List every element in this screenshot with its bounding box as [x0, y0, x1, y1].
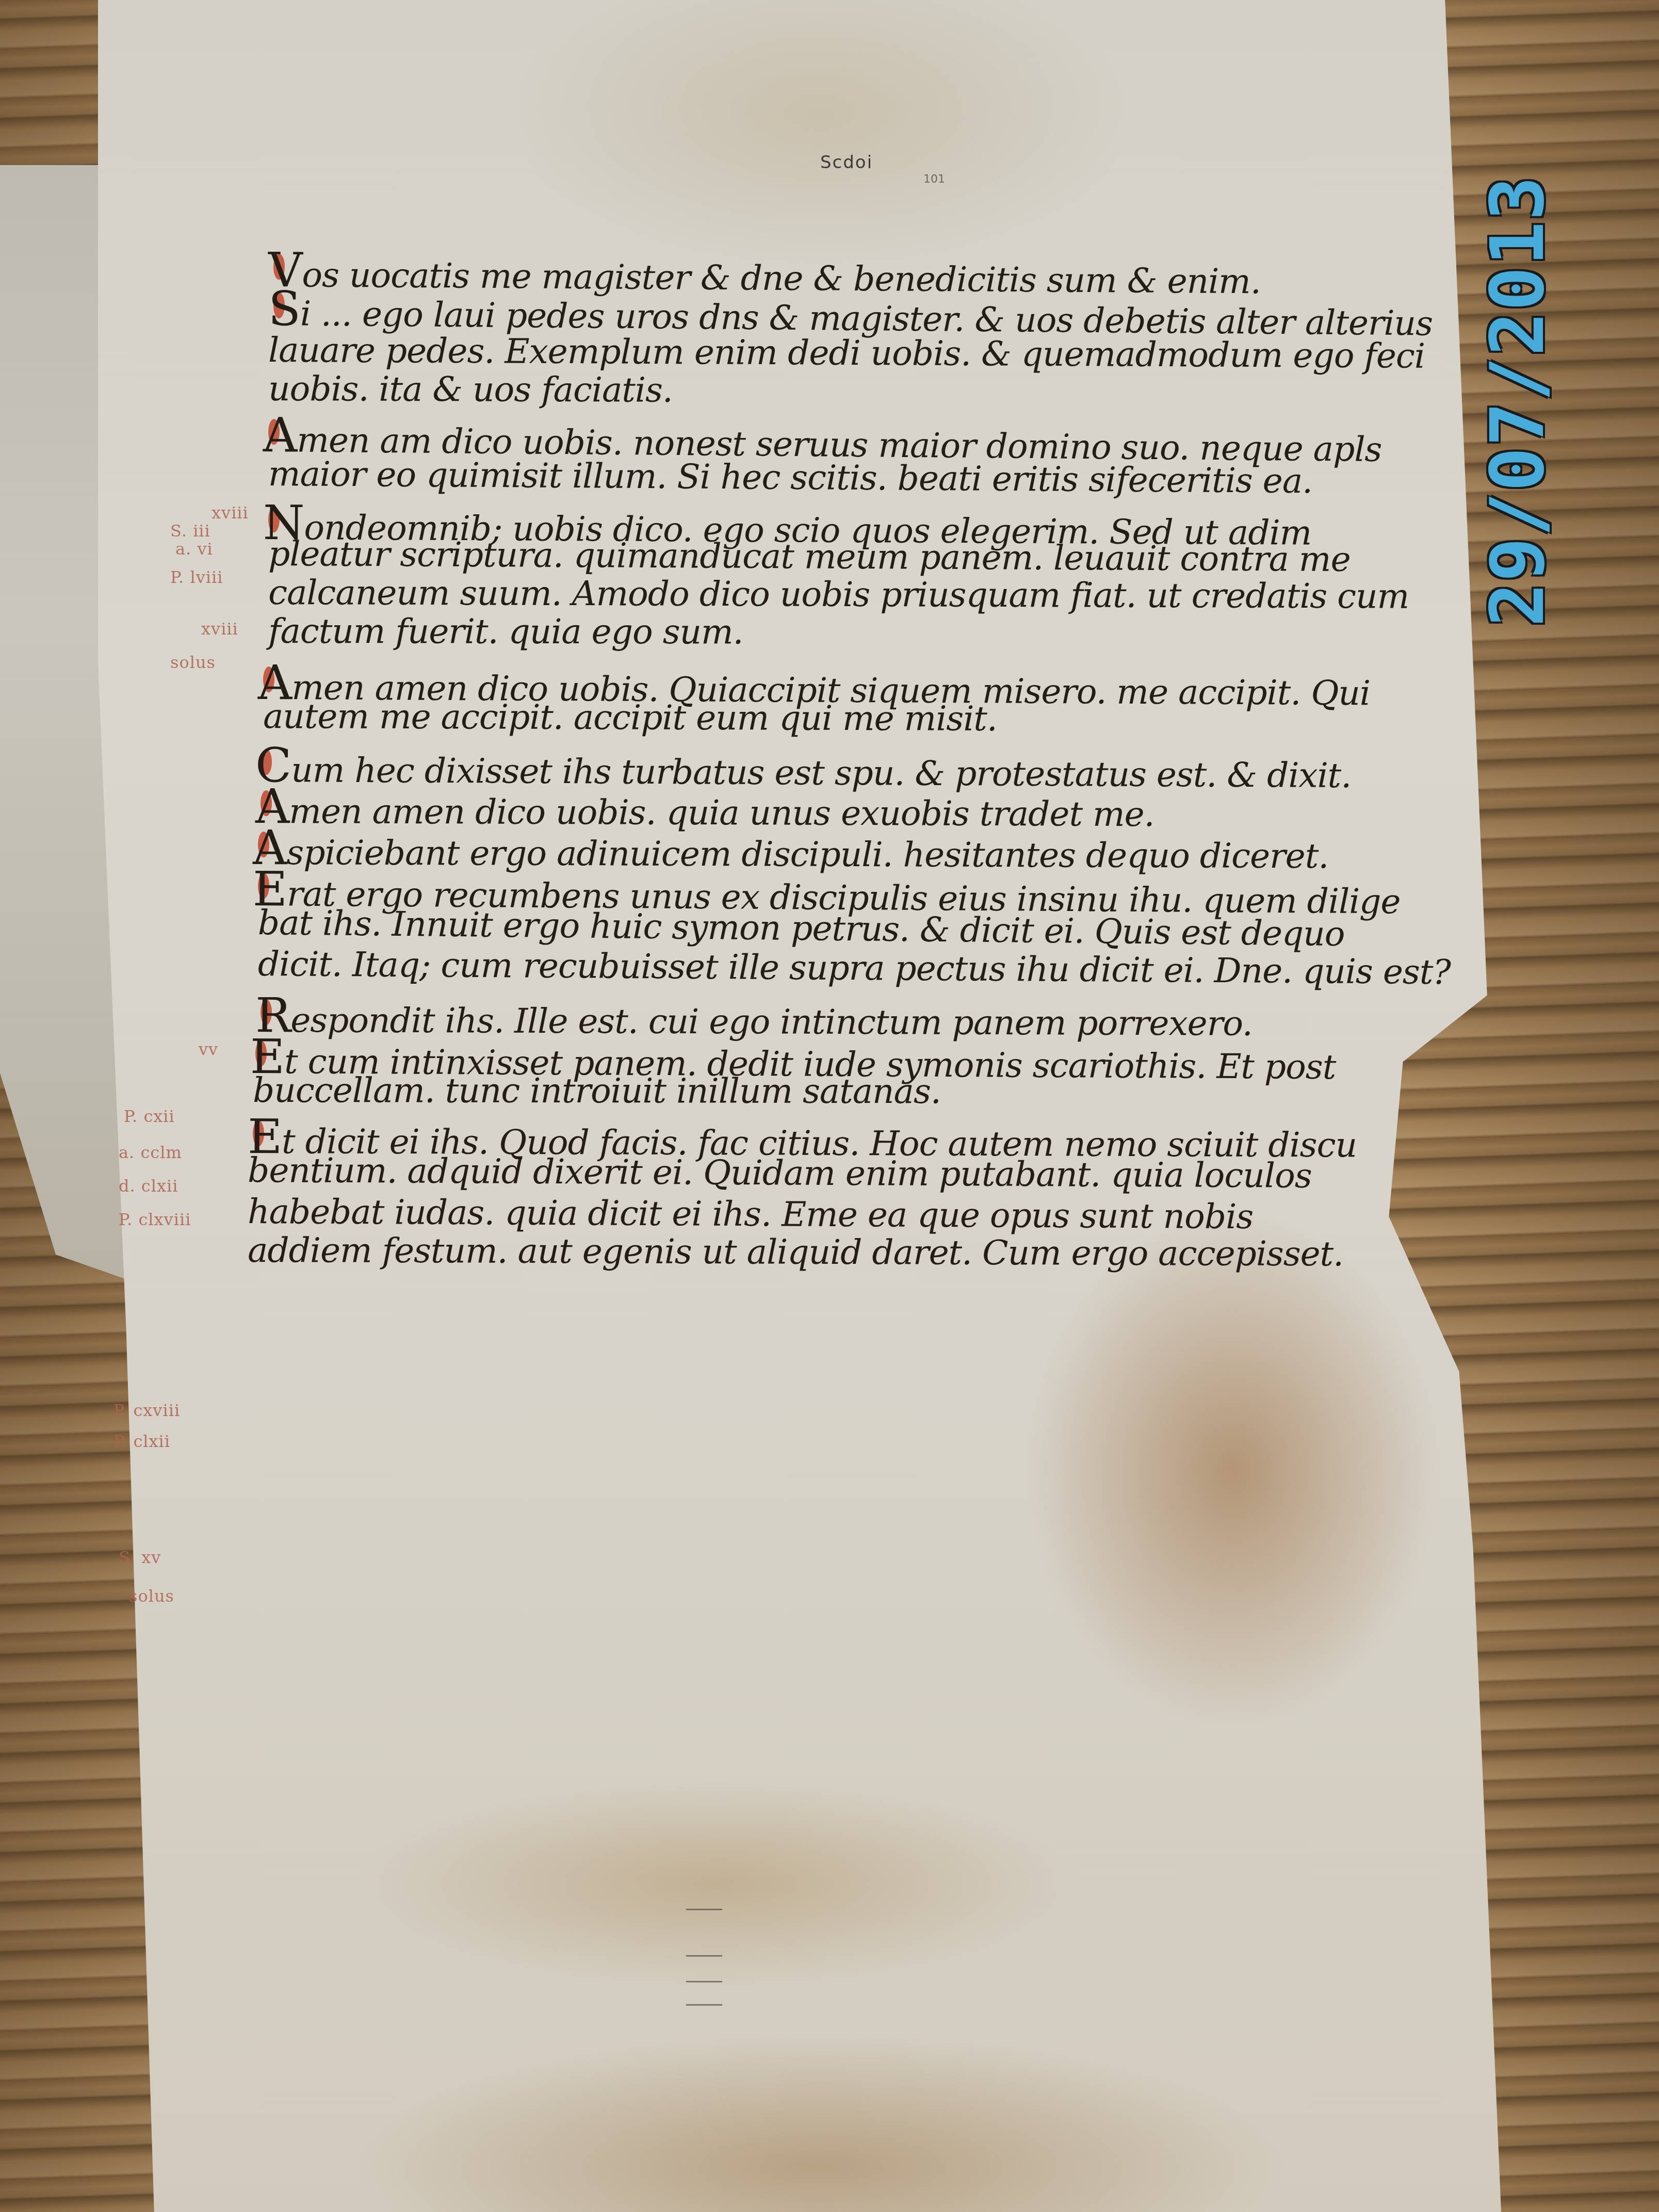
- margin-note: a. cclm: [119, 1143, 182, 1162]
- manuscript-line: autem me accipit. accipit eum qui me mis…: [263, 696, 997, 739]
- margin-note: P. cxviii: [113, 1401, 180, 1420]
- manuscript-line: calcaneum suum. Amodo dico uobis priusqu…: [268, 573, 1409, 616]
- margin-note: a. vi: [175, 539, 213, 559]
- line-text: autem me accipit. accipit eum qui me mis…: [263, 696, 997, 739]
- line-text: addiem festum. aut egenis ut aliquid dar…: [248, 1230, 1343, 1274]
- rubricated-initial: S: [268, 281, 301, 337]
- manuscript-line: habebat iudas. quia dicit ei ihs. Eme ea…: [248, 1192, 1254, 1237]
- margin-note: xviii: [212, 503, 249, 523]
- margin-note: solus: [129, 1586, 174, 1606]
- manuscript-line: dicit. Itaq; cum recubuisset ille supra …: [258, 944, 1451, 992]
- ruling-mark: [686, 1955, 722, 1957]
- manuscript-line: bentium. adquid dixerit ei. Quidam enim …: [248, 1150, 1312, 1196]
- line-text: factum fuerit. quia ego sum.: [268, 611, 743, 652]
- shelfmark-number: 101: [923, 173, 945, 186]
- camera-date-stamp: 29/07/2013: [1475, 175, 1560, 627]
- margin-note: P. clxii: [113, 1432, 170, 1451]
- manuscript-line: maior eo quimisit illum. Si hec scitis. …: [268, 454, 1313, 501]
- line-text: bentium. adquid dixerit ei. Quidam enim …: [248, 1150, 1312, 1196]
- margin-note: S. xv: [119, 1548, 161, 1567]
- ruling-mark: [686, 1909, 722, 1910]
- margin-note: solus: [170, 653, 216, 672]
- margin-note: d. clxii: [119, 1176, 178, 1196]
- line-text: calcaneum suum. Amodo dico uobis priusqu…: [268, 573, 1409, 616]
- margin-note: P. clxviii: [119, 1210, 191, 1229]
- manuscript-line: addiem festum. aut egenis ut aliquid dar…: [248, 1230, 1343, 1274]
- line-text: uobis. ita & uos faciatis.: [268, 369, 673, 410]
- shelfmark: Scdoi: [820, 152, 873, 173]
- margin-note: vv: [199, 1039, 218, 1059]
- margin-note: S. iii: [170, 521, 210, 541]
- manuscript-line: uobis. ita & uos faciatis.: [268, 369, 673, 410]
- margin-note: xviii: [201, 619, 238, 639]
- margin-note: P. cxii: [124, 1107, 175, 1126]
- ruling-mark: [686, 1981, 722, 1982]
- line-text: pleatur scriptura. quimanducat meum pane…: [268, 534, 1351, 579]
- manuscript-line: buccellam. tunc introiuit inillum satana…: [253, 1070, 941, 1111]
- ruling-mark: [686, 2004, 722, 2006]
- manuscript-line: pleatur scriptura. quimanducat meum pane…: [268, 534, 1351, 579]
- line-text: maior eo quimisit illum. Si hec scitis. …: [268, 454, 1313, 501]
- line-text: buccellam. tunc introiuit inillum satana…: [253, 1070, 941, 1111]
- line-text: habebat iudas. quia dicit ei ihs. Eme ea…: [248, 1192, 1254, 1237]
- manuscript-line: factum fuerit. quia ego sum.: [268, 611, 743, 652]
- margin-note: P. lviii: [170, 567, 223, 587]
- line-text: dicit. Itaq; cum recubuisset ille supra …: [258, 944, 1451, 992]
